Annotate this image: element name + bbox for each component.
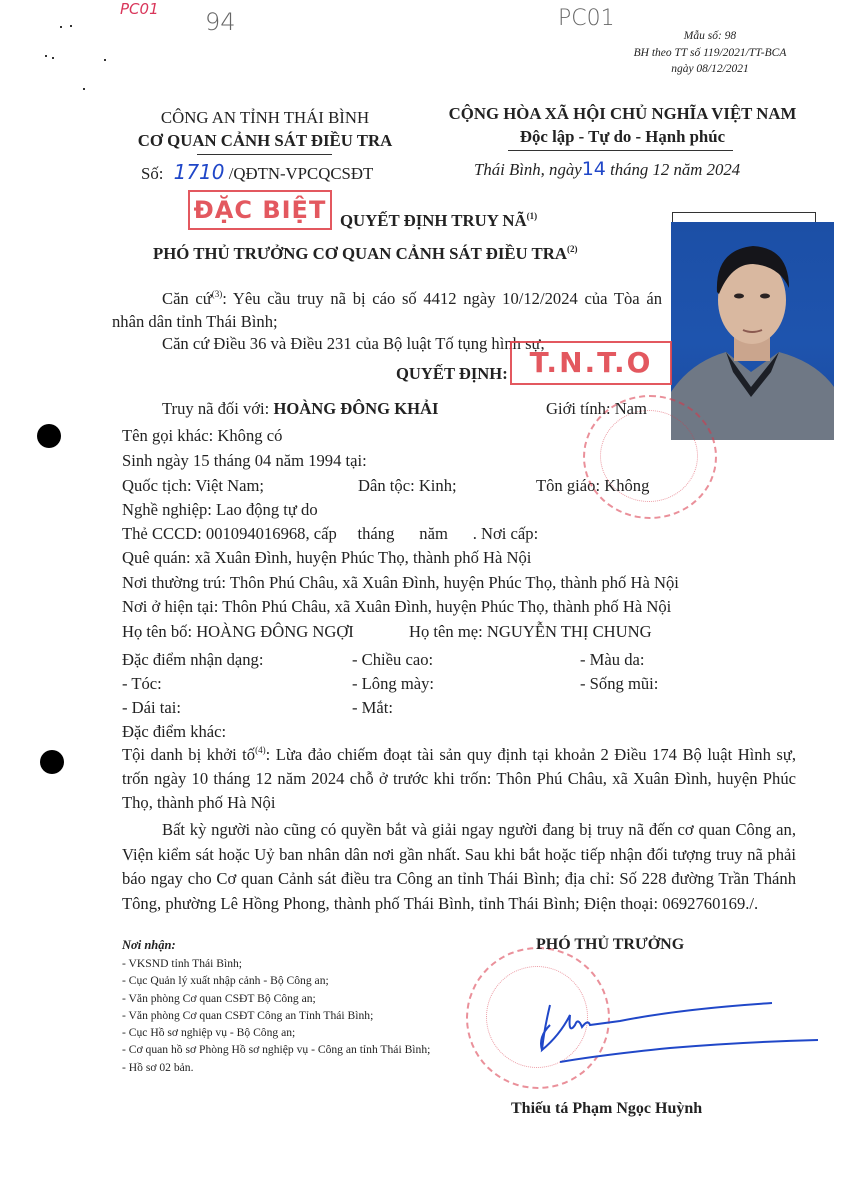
other-features: Đặc điểm khác: [122,722,226,742]
national-motto: Độc lập - Tự do - Hạnh phúc [435,127,810,147]
handwritten-mark-left: PC01 [120,0,159,18]
mother-name: Họ tên mẹ: NGUYỄN THỊ CHUNG [409,622,652,642]
special-stamp: ĐẶC BIỆT [188,190,332,230]
form-date: ngày 08/12/2021 [620,61,800,78]
recipients-heading: Nơi nhận: [122,938,176,953]
issuer-underline [197,154,332,155]
form-circular: BH theo TT số 119/2021/TT-BCA [620,45,800,62]
ethnicity: Dân tộc: Kinh; [358,476,457,496]
portrait-icon [671,222,834,440]
nose-field: - Sống mũi: [580,674,658,694]
handwritten-number: 1710 [174,160,225,184]
motto-underline [508,150,733,151]
form-number: Mẫu số: 98 [620,28,800,45]
scan-speck [60,26,62,28]
gender: Giới tính: Nam [546,399,647,419]
permanent-residence: Nơi thường trú: Thôn Phú Châu, xã Xuân Đ… [122,573,679,593]
hometown: Quê quán: xã Xuân Đình, huyện Phúc Thọ, … [122,548,531,568]
number-suffix: /QĐTN-VPCQCSĐT [229,164,374,183]
alias: Tên gọi khác: Không có [122,426,282,446]
scan-speck [45,55,47,57]
father-name: Họ tên bố: HOÀNG ĐÔNG NGỢI [122,622,354,642]
recipient-item: - Văn phòng Cơ quan CSĐT Bộ Công an; [122,990,452,1007]
earlobe-field: - Dái tai: [122,698,181,718]
identification-heading: Đặc điểm nhận dạng: [122,650,263,670]
recipient-item: - Văn phòng Cơ quan CSĐT Công an Tỉnh Th… [122,1007,452,1024]
footnote-4: (4) [255,745,266,755]
wanted-name: HOÀNG ĐÔNG KHẢI [273,399,438,418]
basis-paragraph-1: Căn cứ(3): Yêu cầu truy nã bị cáo số 441… [112,287,662,333]
basis-paragraph-2: Căn cứ Điều 36 và Điều 231 của Bộ luật T… [162,334,545,354]
recipient-item: - Hồ sơ 02 bản. [122,1059,452,1076]
authority-title: PHÓ THỦ TRƯỞNG CƠ QUAN CẢNH SÁT ĐIỀU TRA… [153,244,578,264]
eyes-field: - Mắt: [352,698,393,718]
wanted-person: Truy nã đối với: HOÀNG ĐÔNG KHẢI [162,399,438,419]
handwritten-mark-right: PC01 [558,6,615,31]
number-label: Số: [141,164,163,183]
punch-hole [40,750,64,774]
issuer-unit: CƠ QUAN CẢNH SÁT ĐIỀU TRA [120,131,410,151]
charge-paragraph: Tội danh bị khởi tố(4): Lừa đảo chiếm đo… [122,743,796,815]
charge-label: Tội danh bị khởi tố [122,745,255,764]
punch-hole [37,424,61,448]
decision-title-text: QUYẾT ĐỊNH TRUY NÃ [340,211,527,230]
wanted-label: Truy nã đối với: [162,399,273,418]
recipient-item: - Cục Hồ sơ nghiệp vụ - Bộ Công an; [122,1024,452,1041]
national-title: CỘNG HÒA XÃ HỘI CHỦ NGHĨA VIỆT NAM [435,104,810,124]
id-card: Thẻ CCCD: 001094016968, cấp tháng năm . … [122,524,538,544]
handwritten-day: 14 [582,158,606,180]
place-date-prefix: Thái Bình, ngày [474,160,582,179]
form-reference: Mẫu số: 98 BH theo TT số 119/2021/TT-BCA… [620,28,800,78]
decision-heading: QUYẾT ĐỊNH: [396,364,508,384]
arrest-instruction: Bất kỳ người nào cũng có quyền bắt và gi… [122,818,796,916]
hair-field: - Tóc: [122,674,162,694]
place-date-suffix: tháng 12 năm 2024 [606,160,740,179]
suspect-photo [671,222,834,440]
skin-field: - Màu da: [580,650,645,670]
signature-title: PHÓ THỦ TRƯỞNG [536,936,684,954]
footnote-2: (2) [567,244,578,254]
footnote-1: (1) [527,211,538,221]
recipient-item: - Cục Quản lý xuất nhập cảnh - Bộ Công a… [122,972,452,989]
recipients-list: - VKSND tỉnh Thái Bình; - Cục Quản lý xu… [122,955,452,1076]
decision-title: QUYẾT ĐỊNH TRUY NÃ(1) [340,211,537,231]
nationality: Quốc tịch: Việt Nam; [122,476,264,496]
recipient-item: - VKSND tỉnh Thái Bình; [122,955,452,972]
issuer-agency: CÔNG AN TỈNH THÁI BÌNH [120,108,410,128]
current-residence: Nơi ở hiện tại: Thôn Phú Châu, xã Xuân Đ… [122,597,671,617]
scan-speck [83,88,85,90]
handwritten-page-number: 94 [205,8,236,36]
scan-speck [52,57,54,59]
signer-name: Thiếu tá Phạm Ngọc Huỳnh [511,1100,702,1118]
basis-label: Căn cứ [162,289,212,308]
authority-title-text: PHÓ THỦ TRƯỞNG CƠ QUAN CẢNH SÁT ĐIỀU TRA [153,244,567,263]
scan-speck [104,59,106,61]
place-date: Thái Bình, ngày14 tháng 12 năm 2024 [474,158,740,180]
occupation: Nghề nghiệp: Lao động tự do [122,500,318,520]
recipient-item: - Cơ quan hồ sơ Phòng Hồ sơ nghiệp vụ - … [122,1041,452,1058]
religion: Tôn giáo: Không [536,476,649,496]
signature-icon [530,995,830,1075]
scan-speck [70,25,72,27]
footnote-3: (3) [212,289,223,299]
document-number: Số: 1710 /QĐTN-VPCQCSĐT [141,160,373,184]
eyebrows-field: - Lông mày: [352,674,434,694]
height-field: - Chiều cao: [352,650,433,670]
tnto-stamp: T.N.T.O [510,341,672,385]
birth-info: Sinh ngày 15 tháng 04 năm 1994 tại: [122,451,367,471]
